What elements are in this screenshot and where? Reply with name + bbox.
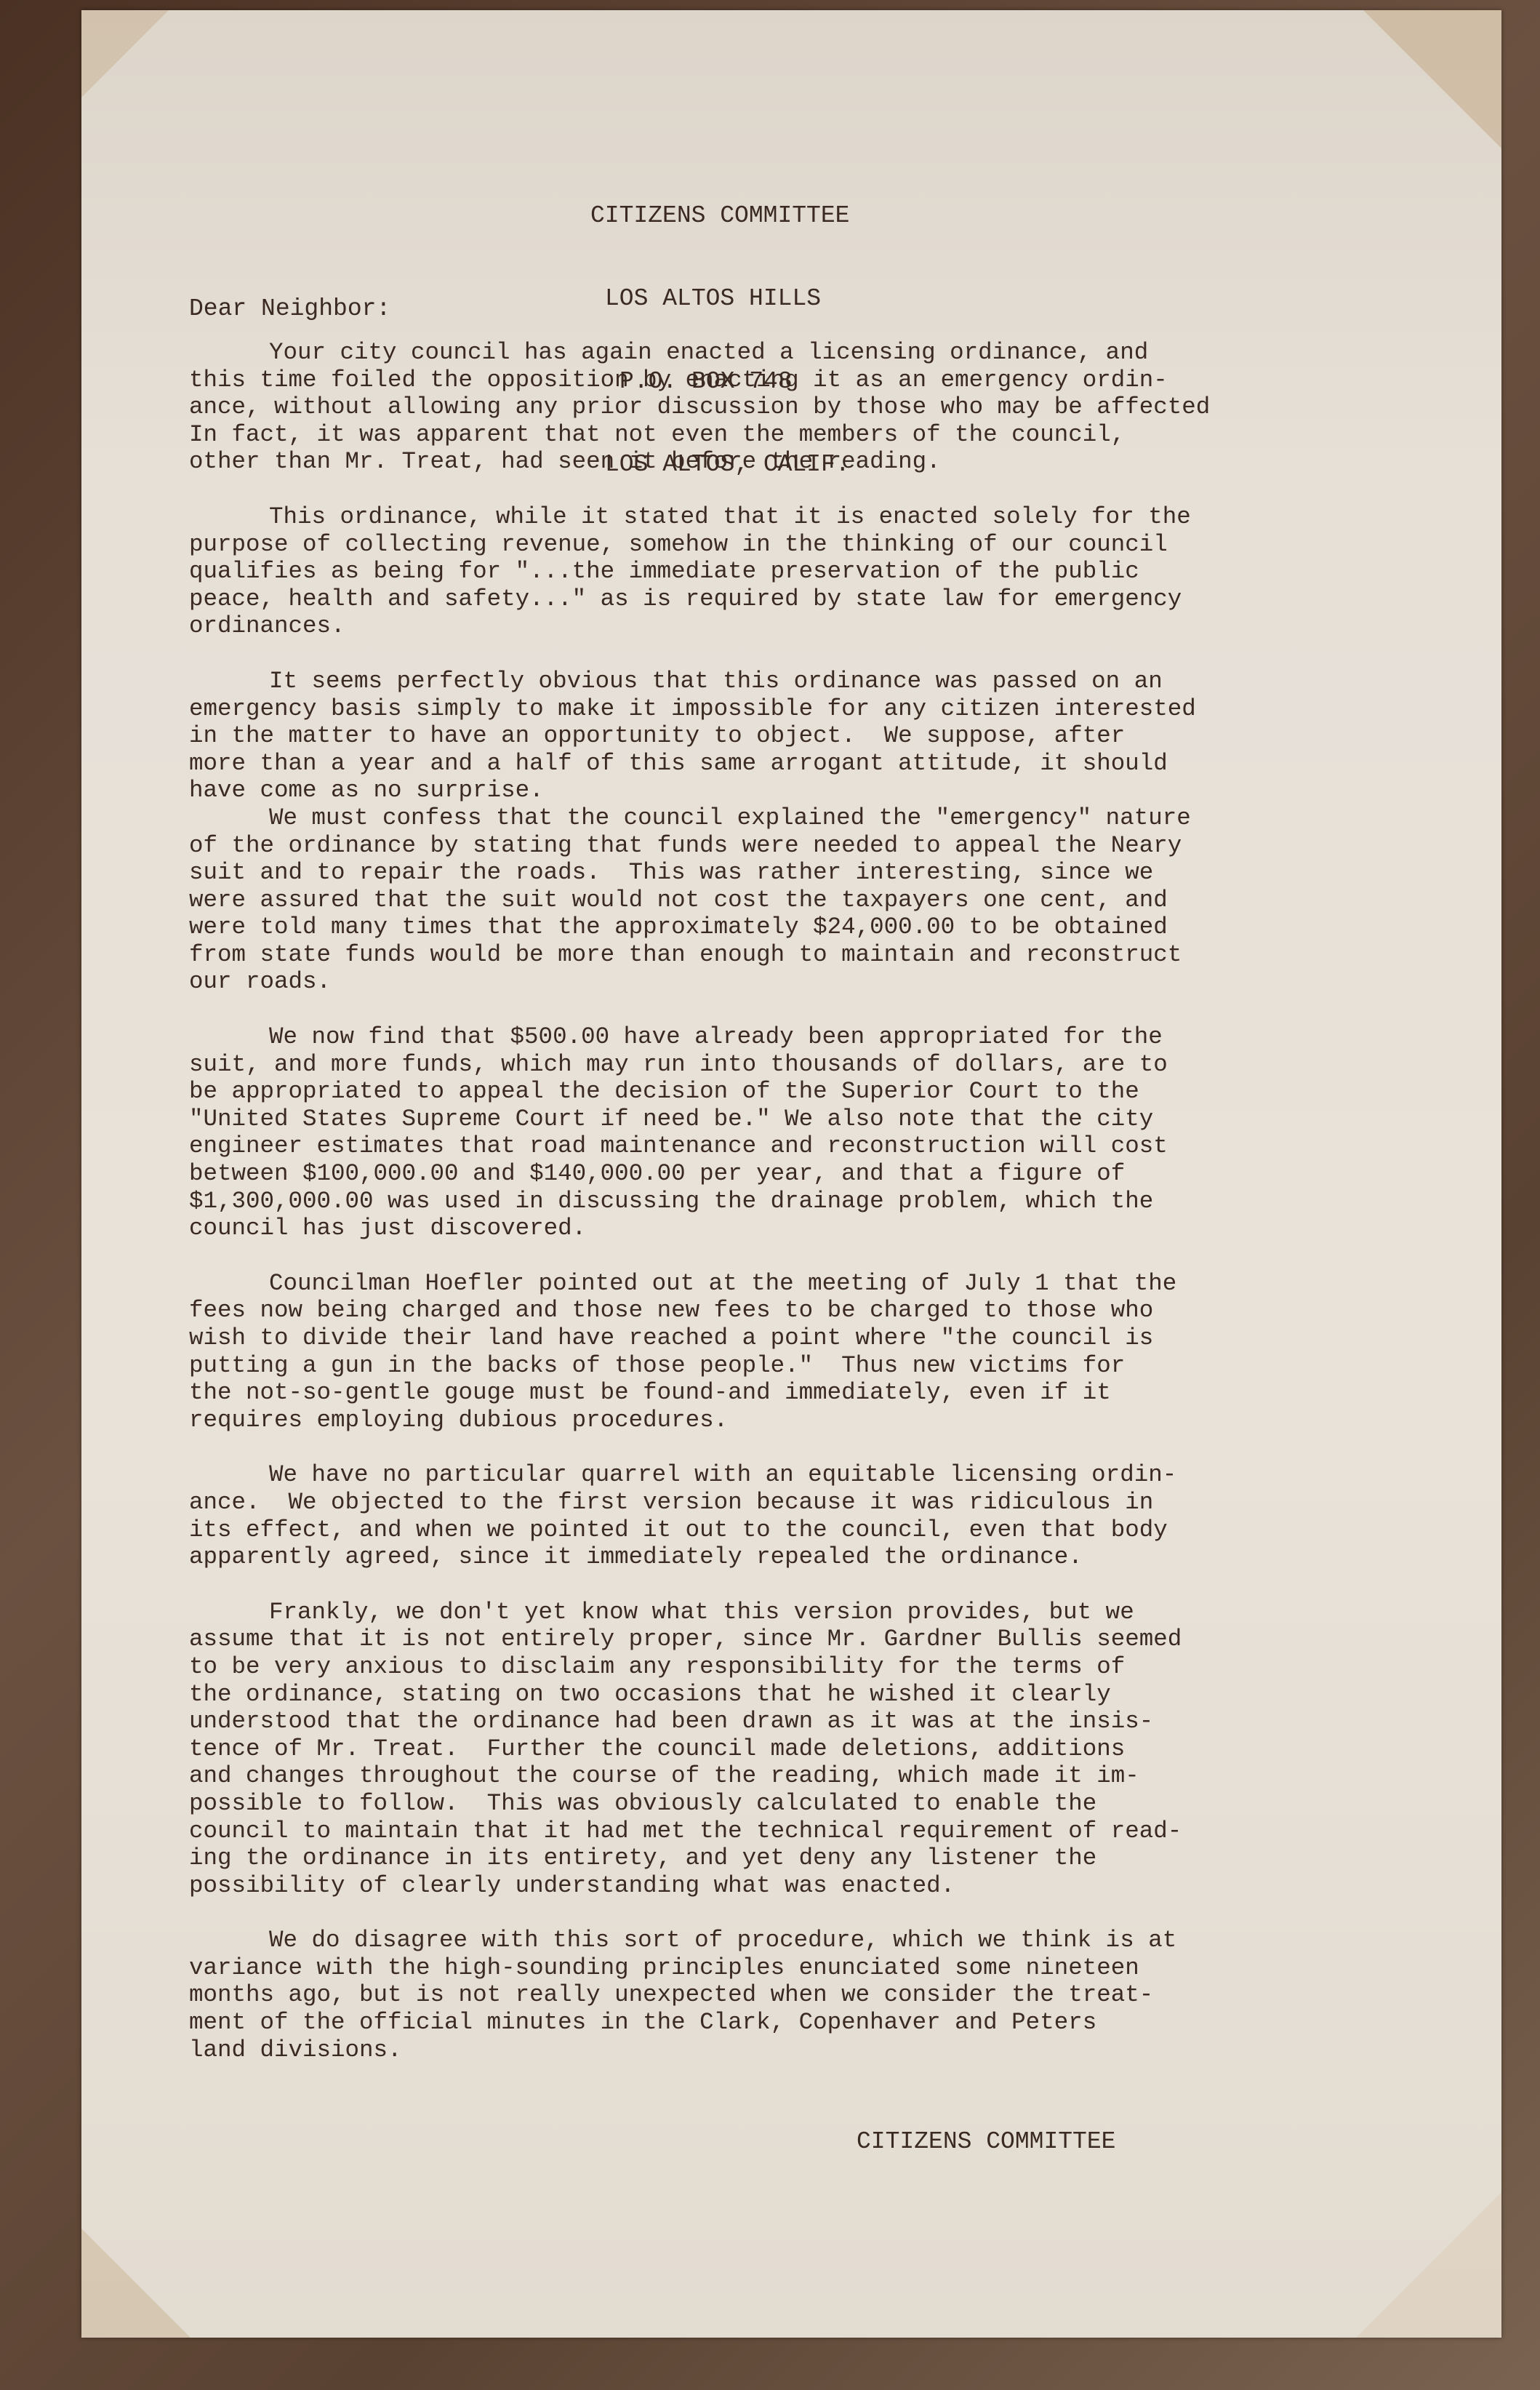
text-line: fees now being charged and those new fee…	[189, 1297, 1440, 1324]
text-line: other than Mr. Treat, had seen it before…	[189, 448, 1440, 476]
letter-page: CITIZENS COMMITTEE LOS ALTOS HILLS P.O. …	[81, 10, 1501, 2338]
text-line: from state funds would be more than enou…	[189, 941, 1440, 969]
text-line: This ordinance, while it stated that it …	[189, 503, 1440, 531]
text-line: emergency basis simply to make it imposs…	[189, 695, 1440, 723]
text-line: We now find that $500.00 have already be…	[189, 1023, 1440, 1051]
text-line: ordinances.	[189, 612, 1440, 640]
photo-corner-top-right	[1363, 10, 1501, 148]
text-line: understood that the ordinance had been d…	[189, 1708, 1440, 1735]
text-line: were told many times that the approximat…	[189, 914, 1440, 941]
photo-corner-bottom-right	[1356, 2192, 1501, 2338]
paragraph-7: We have no particular quarrel with an eq…	[189, 1461, 1440, 1570]
letter-body: Your city council has again enacted a li…	[189, 339, 1440, 2091]
text-line: wish to divide their land have reached a…	[189, 1324, 1440, 1352]
text-line: were assured that the suit would not cos…	[189, 887, 1440, 914]
text-line: possible to follow. This was obviously c…	[189, 1790, 1440, 1818]
text-line: have come as no surprise.	[189, 777, 1440, 804]
text-line: the not-so-gentle gouge must be found-an…	[189, 1379, 1440, 1407]
text-line: be appropriated to appeal the decision o…	[189, 1078, 1440, 1106]
text-line: We must confess that the council explain…	[189, 804, 1440, 832]
text-line: It seems perfectly obvious that this ord…	[189, 668, 1440, 695]
text-line: of the ordinance by stating that funds w…	[189, 832, 1440, 860]
paragraph-1: Your city council has again enacted a li…	[189, 339, 1440, 476]
text-line: assume that it is not entirely proper, s…	[189, 1626, 1440, 1653]
text-line: the ordinance, stating on two occasions …	[189, 1681, 1440, 1708]
text-line: "United States Supreme Court if need be.…	[189, 1106, 1440, 1133]
text-line: In fact, it was apparent that not even t…	[189, 421, 1440, 449]
paragraph-9: We do disagree with this sort of procedu…	[189, 1927, 1440, 2063]
text-line: engineer estimates that road maintenance…	[189, 1132, 1440, 1160]
text-line: We do disagree with this sort of procedu…	[189, 1927, 1440, 1954]
text-line: more than a year and a half of this same…	[189, 750, 1440, 778]
text-line: Your city council has again enacted a li…	[189, 339, 1440, 367]
photo-corner-bottom-left	[81, 2229, 191, 2338]
text-line: council has just discovered.	[189, 1215, 1440, 1242]
paragraph-8: Frankly, we don't yet know what this ver…	[189, 1599, 1440, 1900]
text-line: tence of Mr. Treat. Further the council …	[189, 1735, 1440, 1763]
text-line: suit, and more funds, which may run into…	[189, 1051, 1440, 1079]
text-line: $1,300,000.00 was used in discussing the…	[189, 1188, 1440, 1215]
paragraph-2: This ordinance, while it stated that it …	[189, 503, 1440, 640]
text-line: purpose of collecting revenue, somehow i…	[189, 531, 1440, 559]
text-line: requires employing dubious procedures.	[189, 1407, 1440, 1434]
paragraph-5: We now find that $500.00 have already be…	[189, 1023, 1440, 1242]
text-line: and changes throughout the course of the…	[189, 1762, 1440, 1790]
text-line: Councilman Hoefler pointed out at the me…	[189, 1270, 1440, 1298]
text-line: its effect, and when we pointed it out t…	[189, 1516, 1440, 1544]
text-line: our roads.	[189, 968, 1440, 996]
letterhead-org: CITIZENS COMMITTEE	[590, 202, 1056, 230]
photo-corner-top-left	[81, 10, 169, 97]
text-line: ance. We objected to the first version b…	[189, 1489, 1440, 1516]
text-line: possibility of clearly understanding wha…	[189, 1872, 1440, 1900]
text-line: ment of the official minutes in the Clar…	[189, 2009, 1440, 2037]
letterhead-city: LOS ALTOS HILLS	[590, 285, 1056, 313]
text-line: months ago, but is not really unexpected…	[189, 1981, 1440, 2009]
text-line: ing the ordinance in its entirety, and y…	[189, 1845, 1440, 1872]
paragraph-4: We must confess that the council explain…	[189, 804, 1440, 996]
text-line: apparently agreed, since it immediately …	[189, 1543, 1440, 1571]
text-line: peace, health and safety..." as is requi…	[189, 585, 1440, 613]
text-line: qualifies as being for "...the immediate…	[189, 558, 1440, 585]
text-line: ance, without allowing any prior discuss…	[189, 393, 1440, 421]
text-line: to be very anxious to disclaim any respo…	[189, 1653, 1440, 1681]
salutation: Dear Neighbor:	[189, 295, 390, 323]
text-line: putting a gun in the backs of those peop…	[189, 1352, 1440, 1380]
text-line: Frankly, we don't yet know what this ver…	[189, 1599, 1440, 1626]
signature: CITIZENS COMMITTEE	[857, 2128, 1115, 2156]
text-line: variance with the high-sounding principl…	[189, 1954, 1440, 1982]
paragraph-3: It seems perfectly obvious that this ord…	[189, 668, 1440, 804]
text-line: We have no particular quarrel with an eq…	[189, 1461, 1440, 1489]
text-line: in the matter to have an opportunity to …	[189, 722, 1440, 750]
text-line: land divisions.	[189, 2037, 1440, 2064]
text-line: this time foiled the opposition by enact…	[189, 367, 1440, 394]
paragraph-6: Councilman Hoefler pointed out at the me…	[189, 1270, 1440, 1434]
text-line: between $100,000.00 and $140,000.00 per …	[189, 1160, 1440, 1188]
text-line: suit and to repair the roads. This was r…	[189, 859, 1440, 887]
text-line: council to maintain that it had met the …	[189, 1818, 1440, 1845]
